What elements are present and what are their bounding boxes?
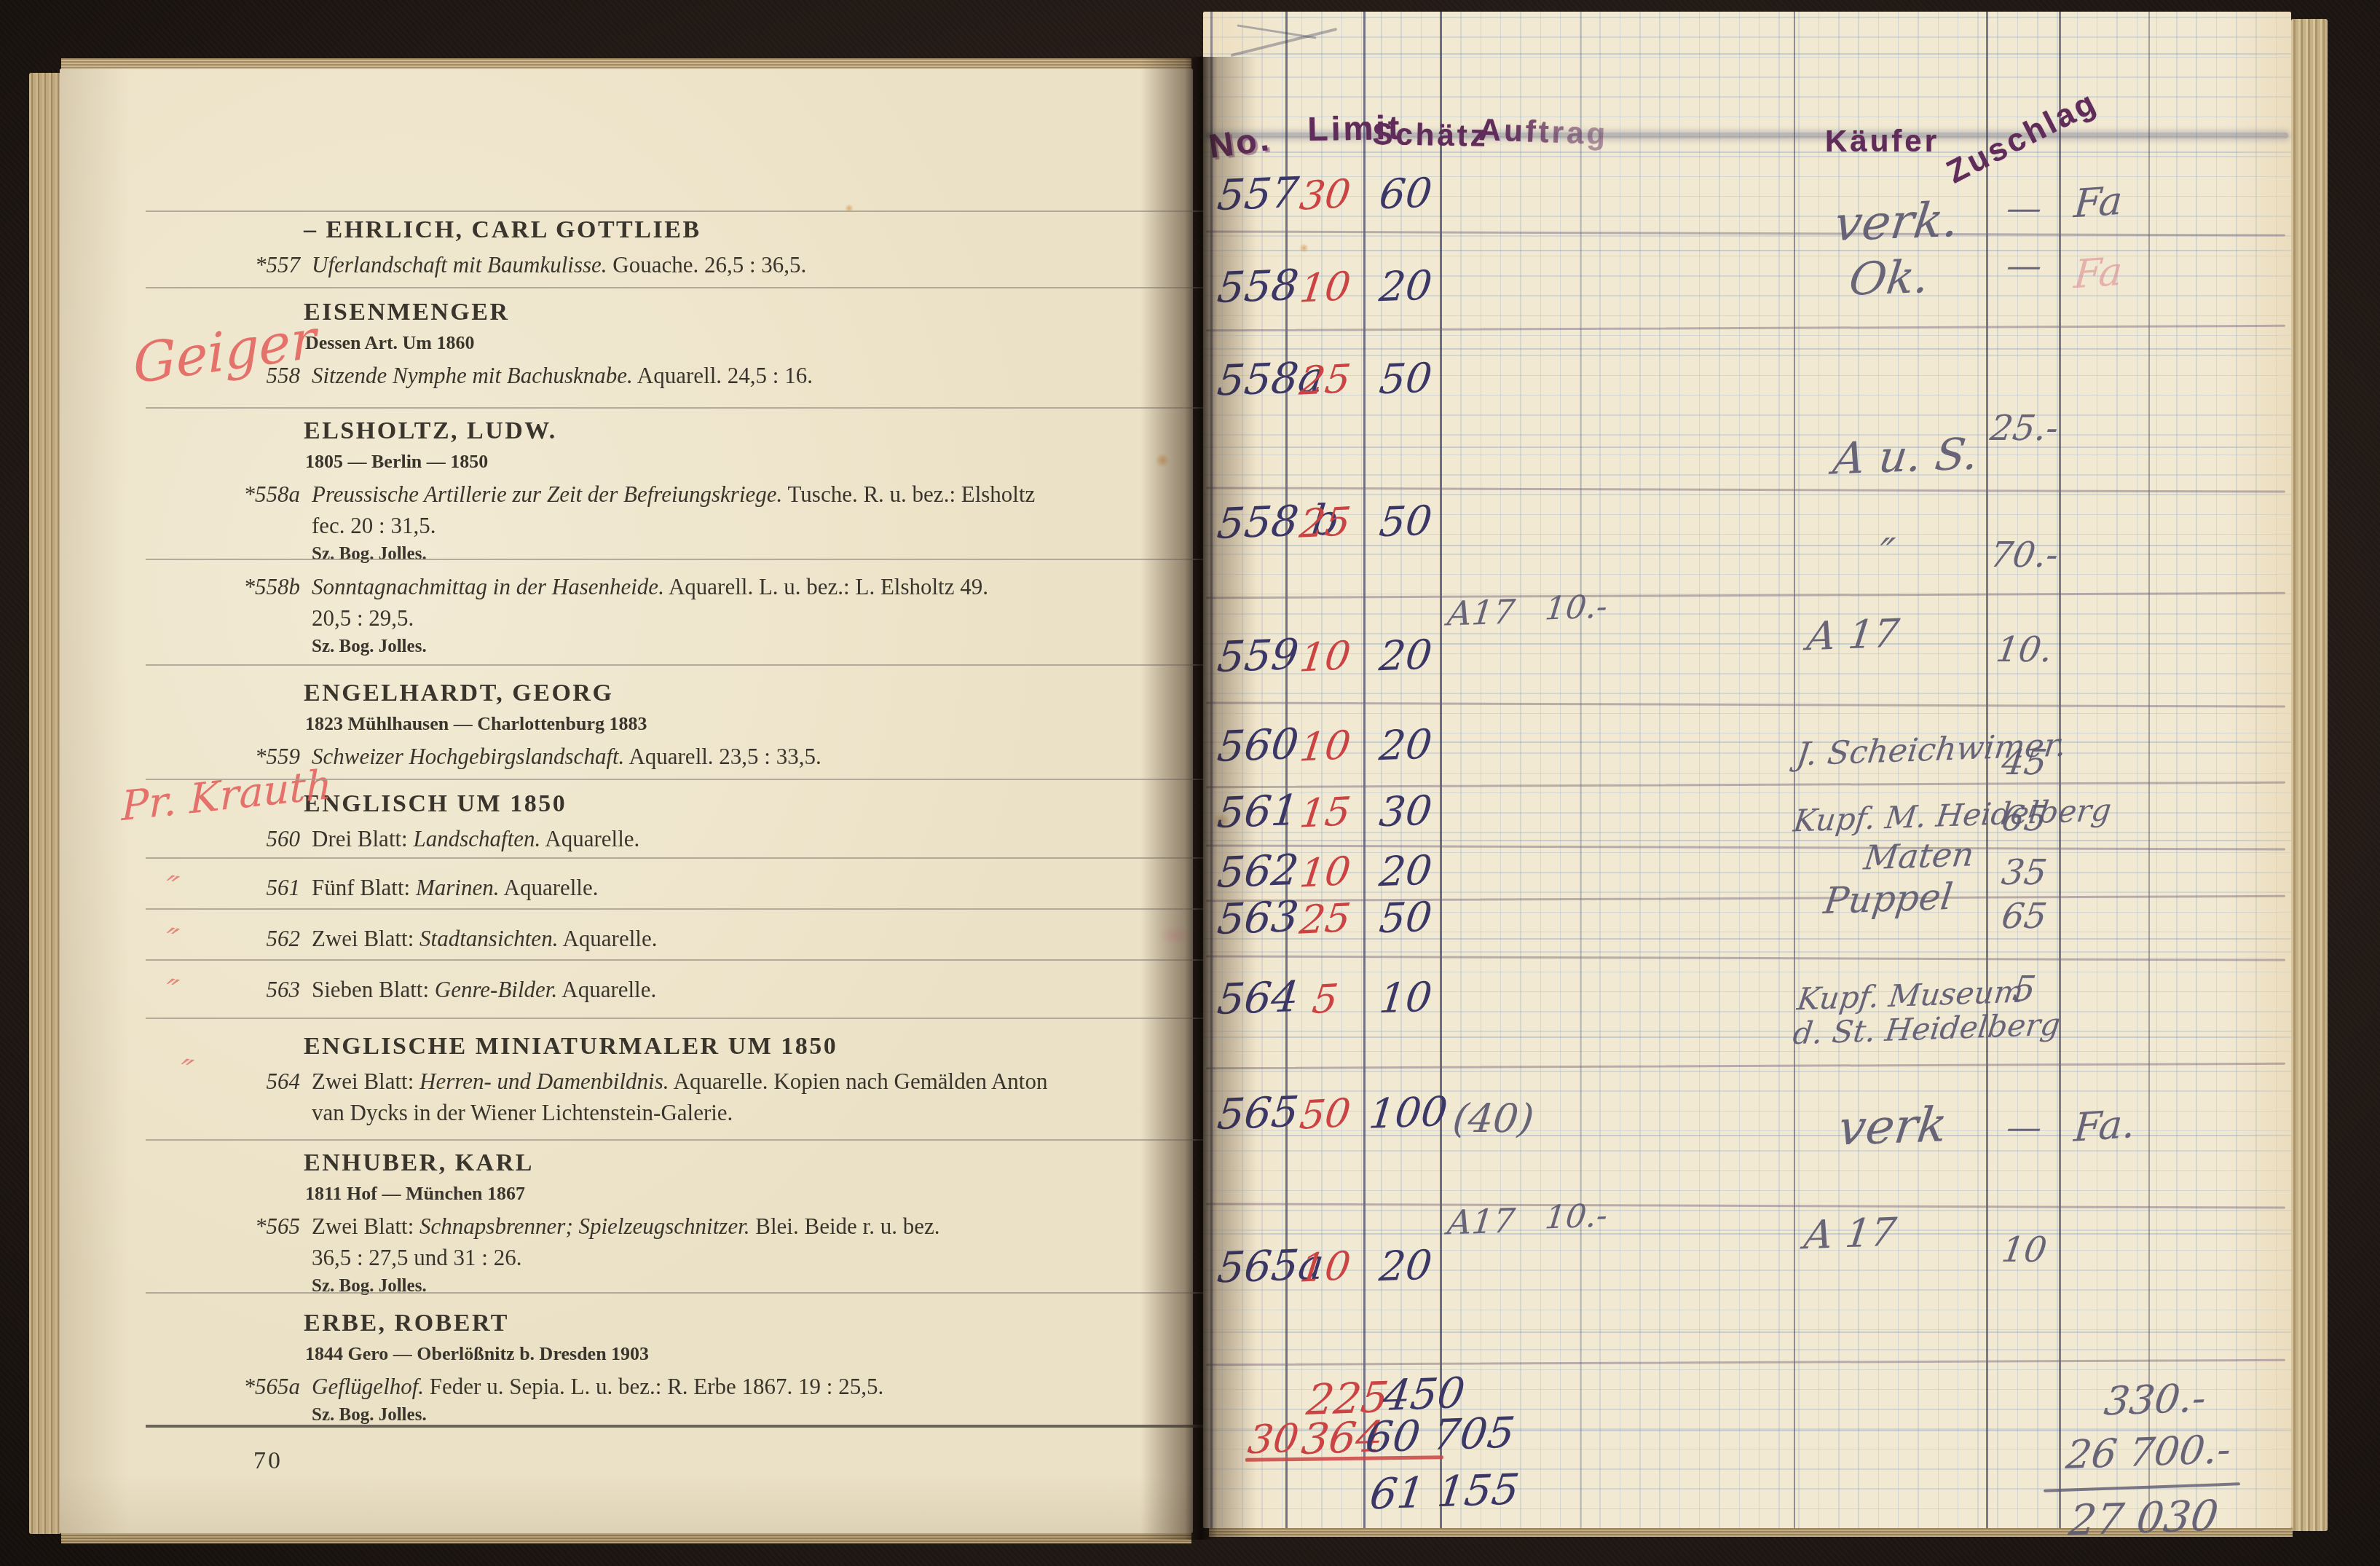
entry-separator-rule [146,287,1244,288]
ledger-column-line [1363,12,1366,1528]
entry-text: Zwei Blatt: Stadtansichten. Aquarelle. [312,923,1214,954]
ledger-cell-limit: 25 [1288,500,1363,547]
ledger-cell-limit: 30 [1288,172,1363,219]
entry-separator-rule [146,559,1244,560]
entry-separator-rule [146,664,1244,666]
ledger-column-line [2059,12,2061,1528]
entry-text-segment: fec. 20 : 31,5. [312,513,436,538]
ledger-cell-limit: 15 [1288,790,1363,837]
ledger-cell-kaeufer: Puppel [1821,876,1955,921]
ledger-cell-limit: 5 [1288,976,1363,1023]
ledger-cell-schaetz: 100 [1366,1090,1444,1138]
ledger-row-separator [1206,782,2285,788]
ledger-cell-auftrag: (40) [1451,1097,1536,1141]
entry-text-segment: Stadtansichten. [419,926,558,951]
entry-text: 36,5 : 27,5 und 31 : 26. [312,1242,1214,1273]
entry-line: 561Fünf Blatt: Marinen. Aquarelle. [235,872,1214,903]
catalog-block: EISENMENGERDessen Art. Um 1860558Sitzend… [235,298,1214,391]
ledger-cell-zuschlag: 70.- [1987,536,2062,575]
ledger-cell-zuschlag: — [1987,189,2062,229]
entry-text: Drei Blatt: Landschaften. Aquarelle. [312,823,1214,854]
lot-number: 562 [235,923,300,954]
entry-text: Fünf Blatt: Marinen. Aquarelle. [312,872,1214,903]
entry-line: 563Sieben Blatt: Genre-Bilder. Aquarelle… [235,974,1214,1005]
entry-separator-rule [146,1139,1244,1141]
catalog-block: ERBE, ROBERT1844 Gero — Oberlößnitz b. D… [235,1309,1214,1426]
entry-text: van Dycks in der Wiener Lichtenstein-Gal… [312,1097,1214,1128]
entry-text-segment: Fünf Blatt: [312,875,416,900]
ledger-cell-limit: 10 [1288,1244,1363,1291]
ledger-cell-limit: 50 [1288,1091,1363,1138]
totals-zuschlag-final: 27 030 [2066,1492,2221,1544]
ledger-row-separator [1206,230,2285,236]
entry-separator-rule [146,210,1244,212]
margin-note: ″ [159,867,182,908]
catalog-block: – EHRLICH, CARL GOTTLIEB*557Uferlandscha… [235,216,1214,280]
entry-text-segment: Drei Blatt: [312,826,413,851]
entry-text-segment: Sonntagnachmittag in der Hasenheide. [312,574,664,599]
margin-note: ″ [159,920,182,960]
ledger-cell-limit: 10 [1288,723,1363,771]
ledger-cell-kaeufer: Kupf. M. Heidelberg [1792,792,2113,838]
ledger-auftrag-note-code: A17 [1446,1202,1517,1242]
entry-text-segment: Blei. Beide r. u. bez. [750,1213,940,1239]
ledger-column-line [1580,12,1582,1528]
ledger-cell-schaetz: 20 [1366,722,1444,770]
catalog-block: 563Sieben Blatt: Genre-Bilder. Aquarelle… [235,974,1214,1005]
entry-line: *565aGeflügelhof. Feder u. Sepia. L. u. … [235,1371,1214,1402]
artist-heading: ENGLISCHE MINIATURMALER UM 1850 [235,1032,1214,1061]
entry-separator-rule [146,959,1244,961]
artist-dates: 1823 Mühlhausen — Charlottenburg 1883 [235,712,1214,736]
entry-text-segment: Feder u. Sepia. L. u. bez.: R. Erbe 1867… [424,1374,883,1399]
page-number: 70 [253,1447,283,1475]
ledger-cell-zuschlag: 45 [1987,744,2062,783]
totals-zuschlag-sum: 26 700.- [2064,1428,2234,1477]
lot-number [235,1097,300,1128]
ledger-row-separator [1206,592,2285,599]
lot-number [235,510,300,541]
catalog-block: ENGELHARDT, GEORG1823 Mühlhausen — Charl… [235,679,1214,772]
pencil-scribble [1237,24,1316,39]
ledger-cell-kaeufer: A u. S. [1830,430,1980,484]
catalog-block: ELSHOLTZ, LUDW.1805 — Berlin — 1850*558a… [235,417,1214,565]
ledger-cell-kaeufer: ″ [1876,532,1897,578]
artist-dates: 1844 Gero — Oberlößnitz b. Dresden 1903 [235,1342,1214,1366]
entry-separator-rule [146,779,1244,780]
entry-line: fec. 20 : 31,5. [235,510,1214,541]
ledger-row-separator [1206,1203,2285,1208]
ledger-cell-extra: Fa. [2073,1102,2137,1150]
totals-zuschlag-subtotal: 330.- [2102,1377,2209,1424]
entry-text: Sitzende Nymphe mit Bachusknabe. Aquarel… [312,360,1214,391]
ledger-cell-zuschlag: 35 [1987,854,2062,893]
entry-text-segment: Tusche. R. u. bez.: Elsholtz [782,481,1035,507]
entry-line: 558Sitzende Nymphe mit Bachusknabe. Aqua… [235,360,1214,391]
column-stamp-auftrag: Auftrag [1478,112,1609,152]
entry-text-segment: Uferlandschaft mit Baumkulisse. [312,252,607,278]
catalog-block: 562Zwei Blatt: Stadtansichten. Aquarelle… [235,923,1214,954]
lot-number: *557 [235,249,300,280]
ledger-cell-kaeufer: A 17 [1802,1211,1899,1258]
catalog-block: ENHUBER, KARL1811 Hof — München 1867*565… [235,1149,1214,1297]
entry-text: Zwei Blatt: Schnapsbrenner; Spielzeugsch… [312,1211,1214,1242]
ledger-cell-limit: 25 [1288,357,1363,404]
ledger-cell-schaetz: 20 [1366,632,1444,680]
catalog-block: ENGLISCH UM 1850560Drei Blatt: Landschaf… [235,790,1214,854]
entry-text-segment: Aquarelle. [540,826,639,851]
entry-text-segment: Schweizer Hochgebirgslandschaft. [312,744,624,769]
entry-text-segment: Aquarell. L. u. bez.: L. Elsholtz 49. [664,574,988,599]
ledger-column-line [2148,12,2150,1528]
ledger-cell-zuschlag: 65 [1987,800,2062,839]
entry-text-segment: 36,5 : 27,5 und 31 : 26. [312,1245,521,1270]
entry-line: *558bSonntagnachmittag in der Hasenheide… [235,571,1214,602]
entry-text-segment: Zwei Blatt: [312,1069,419,1094]
entry-text-segment: Aquarell. 23,5 : 33,5. [624,744,821,769]
entry-text-segment: Landschaften. [413,826,540,851]
ledger-column-line [1440,12,1442,1528]
ledger-row-separator [1206,1063,2285,1069]
column-stamp-schaetz: Schätz [1372,117,1489,154]
column-stamp-kaeufer: Käufer [1825,124,1939,159]
artist-heading: ENHUBER, KARL [235,1149,1214,1178]
ledger-cell-zuschlag: — [1987,1109,2062,1148]
entry-line: *558aPreussische Artillerie zur Zeit der… [235,479,1214,510]
artist-heading: EISENMENGER [235,298,1214,327]
entry-line: 564Zwei Blatt: Herren- und Damenbildnis.… [235,1066,1214,1097]
ledger-cell-zuschlag: 65 [1987,897,2062,937]
ledger-cell-limit: 25 [1288,896,1363,943]
entry-line: 560Drei Blatt: Landschaften. Aquarelle. [235,823,1214,854]
page-stack-right-edge [2291,19,2328,1531]
ledger-cell-kaeufer: A 17 [1805,612,1902,659]
entry-line: *557Uferlandschaft mit Baumkulisse. Goua… [235,249,1214,280]
artist-dates: 1805 — Berlin — 1850 [235,450,1214,473]
entry-text: fec. 20 : 31,5. [312,510,1214,541]
ledger-auftrag-note-code: A17 [1446,593,1517,633]
totals-schaetz-sum: 60 705 [1363,1409,1517,1461]
catalog-block: *558bSonntagnachmittag in der Hasenheide… [235,571,1214,658]
page-stack-left-edge [29,73,61,1534]
lot-number [235,602,300,634]
entry-text-segment: Aquarelle. [557,977,656,1002]
ledger-auftrag-note-amount: 10.- [1543,589,1609,627]
entry-text: Sonntagnachmittag in der Hasenheide. Aqu… [312,571,1214,602]
entry-separator-rule [146,407,1244,409]
entry-text-segment: Gouache. 26,5 : 36,5. [607,252,807,278]
entry-line: 20,5 : 29,5. [235,602,1214,634]
entry-separator-rule [146,1425,1244,1428]
entry-text: Sieben Blatt: Genre-Bilder. Aquarelle. [312,974,1214,1005]
entry-line: 36,5 : 27,5 und 31 : 26. [235,1242,1214,1273]
ledger-row-separator [1206,844,2285,850]
ledger-cell-schaetz: 30 [1366,788,1444,836]
artist-heading: ERBE, ROBERT [235,1309,1214,1338]
lot-number: 560 [235,823,300,854]
ledger-cell-extra: Fa [2073,179,2124,227]
entry-text-segment: Geflügelhof. [312,1374,424,1399]
entry-line: 562Zwei Blatt: Stadtansichten. Aquarelle… [235,923,1214,954]
entry-text-segment: Sieben Blatt: [312,977,435,1002]
catalog-note: Sz. Bog. Jolles. [312,636,1214,658]
lot-number: 564 [235,1066,300,1097]
ledger-cell-schaetz: 10 [1366,975,1444,1023]
catalog-note: Sz. Bog. Jolles. [312,1404,1214,1426]
catalog-note: Sz. Bog. Jolles. [312,1275,1214,1297]
entry-text-segment: Zwei Blatt: [312,926,419,951]
entry-text-segment: Marinen. [416,875,500,900]
entry-text-segment: Aquarelle. [558,926,657,951]
ledger-cell-zuschlag: 5 [1987,970,2062,1010]
ledger-cell-kaeufer: verk. [1832,193,1962,251]
ledger-cell-kaeufer: verk [1835,1098,1950,1155]
lot-number: 563 [235,974,300,1005]
artist-heading: ELSHOLTZ, LUDW. [235,417,1214,446]
entry-line: van Dycks in der Wiener Lichtenstein-Gal… [235,1097,1214,1128]
entry-text-segment: 20,5 : 29,5. [312,605,414,631]
ledger-row-separator [1206,955,2285,961]
ledger-cell-schaetz: 50 [1366,894,1444,943]
book-gutter-shadow [1140,57,1257,1540]
page-stack-bottom-edge-left [61,1532,1191,1543]
ledger-cell-schaetz: 20 [1366,263,1444,311]
ledger-cell-schaetz: 50 [1366,498,1444,546]
catalog-printed-page: – EHRLICH, CARL GOTTLIEB*557Uferlandscha… [60,68,1193,1533]
ledger-cell-schaetz: 20 [1366,1243,1444,1291]
entry-text-segment: Preussische Artillerie zur Zeit der Befr… [312,481,782,507]
ledger-cell-limit: 10 [1288,849,1363,897]
ledger-cell-kaeufer: Ok. [1846,251,1931,304]
margin-note: ″ [174,1051,197,1091]
lot-number: *558a [235,479,300,510]
entry-text-segment: Aquarelle. [499,875,598,900]
artist-heading: – EHRLICH, CARL GOTTLIEB [235,216,1214,245]
entry-separator-rule [146,857,1244,859]
ledger-cell-schaetz: 50 [1366,355,1444,404]
entry-text: Geflügelhof. Feder u. Sepia. L. u. bez.:… [312,1371,1214,1402]
ledger-row-separator [1206,487,2285,492]
ledger-graph-page: No.LimitSchätzAuftragKäuferZuschlag55730… [1203,12,2291,1528]
entry-text-segment: Zwei Blatt: [312,1213,419,1239]
ledger-cell-schaetz: 60 [1366,170,1444,219]
margin-note: ″ [159,971,182,1011]
entry-text-segment: van Dycks in der Wiener Lichtenstein-Gal… [312,1100,733,1125]
lot-number [235,1242,300,1273]
ledger-cell-zuschlag: 25.- [1987,409,2062,449]
entry-text: 20,5 : 29,5. [312,602,1214,634]
artist-heading: ENGLISCH UM 1850 [235,790,1214,819]
entry-line: *559Schweizer Hochgebirgslandschaft. Aqu… [235,741,1214,772]
ledger-column-line [1986,12,1988,1528]
entry-text-segment: Herren- und Damenbildnis. [419,1069,669,1094]
ledger-auftrag-note-amount: 10.- [1543,1198,1609,1236]
lot-number: 561 [235,872,300,903]
lot-number: *558b [235,571,300,602]
entry-text: Schweizer Hochgebirgslandschaft. Aquarel… [312,741,1214,772]
ledger-cell-schaetz: 20 [1366,848,1444,896]
artist-dates: Dessen Art. Um 1860 [235,331,1214,355]
entry-text-segment: Sitzende Nymphe mit Bachusknabe. [312,363,633,388]
entry-separator-rule [146,908,1244,910]
entry-text: Preussische Artillerie zur Zeit der Befr… [312,479,1214,510]
entry-text-segment: Genre-Bilder. [435,977,557,1002]
ledger-cell-zuschlag: — [1987,247,2062,286]
entry-text-segment: Aquarelle. Kopien nach Gemälden Anton [669,1069,1048,1094]
catalog-note: Sz. Bog. Jolles. [312,543,1214,565]
entry-text-segment: Aquarell. 24,5 : 16. [633,363,813,388]
totals-schaetz-final: 61 155 [1367,1465,1521,1518]
ledger-cell-kaeufer: Maten [1861,835,1976,877]
ledger-cell-zuschlag: 10 [1987,1231,2062,1270]
entry-line: *565Zwei Blatt: Schnapsbrenner; Spielzeu… [235,1211,1214,1242]
ledger-row-separator [1206,701,2285,707]
ledger-cell-extra: Fa [2073,250,2124,297]
artist-heading: ENGELHARDT, GEORG [235,679,1214,708]
catalog-block: ENGLISCHE MINIATURMALER UM 1850564Zwei B… [235,1032,1214,1128]
entry-text-segment: Schnapsbrenner; Spielzeugschnitzer. [419,1213,749,1239]
ledger-row-separator [1206,1359,2285,1366]
entry-separator-rule [146,1018,1244,1019]
entry-text: Uferlandschaft mit Baumkulisse. Gouache.… [312,249,1214,280]
ledger-row-separator [1206,325,2285,331]
lot-number: *565a [235,1371,300,1402]
paper-stain [1299,243,1309,253]
artist-dates: 1811 Hof — München 1867 [235,1182,1214,1205]
entry-text: Zwei Blatt: Herren- und Damenbildnis. Aq… [312,1066,1214,1097]
ledger-cell-zuschlag: 10. [1987,631,2062,670]
entry-separator-rule [146,1292,1244,1294]
auction-catalog-book-photo: – EHRLICH, CARL GOTTLIEB*557Uferlandscha… [0,0,2380,1566]
ledger-cell-limit: 10 [1288,264,1363,312]
lot-number: *565 [235,1211,300,1242]
catalog-block: 561Fünf Blatt: Marinen. Aquarelle. [235,872,1214,903]
ledger-cell-limit: 10 [1288,634,1363,681]
